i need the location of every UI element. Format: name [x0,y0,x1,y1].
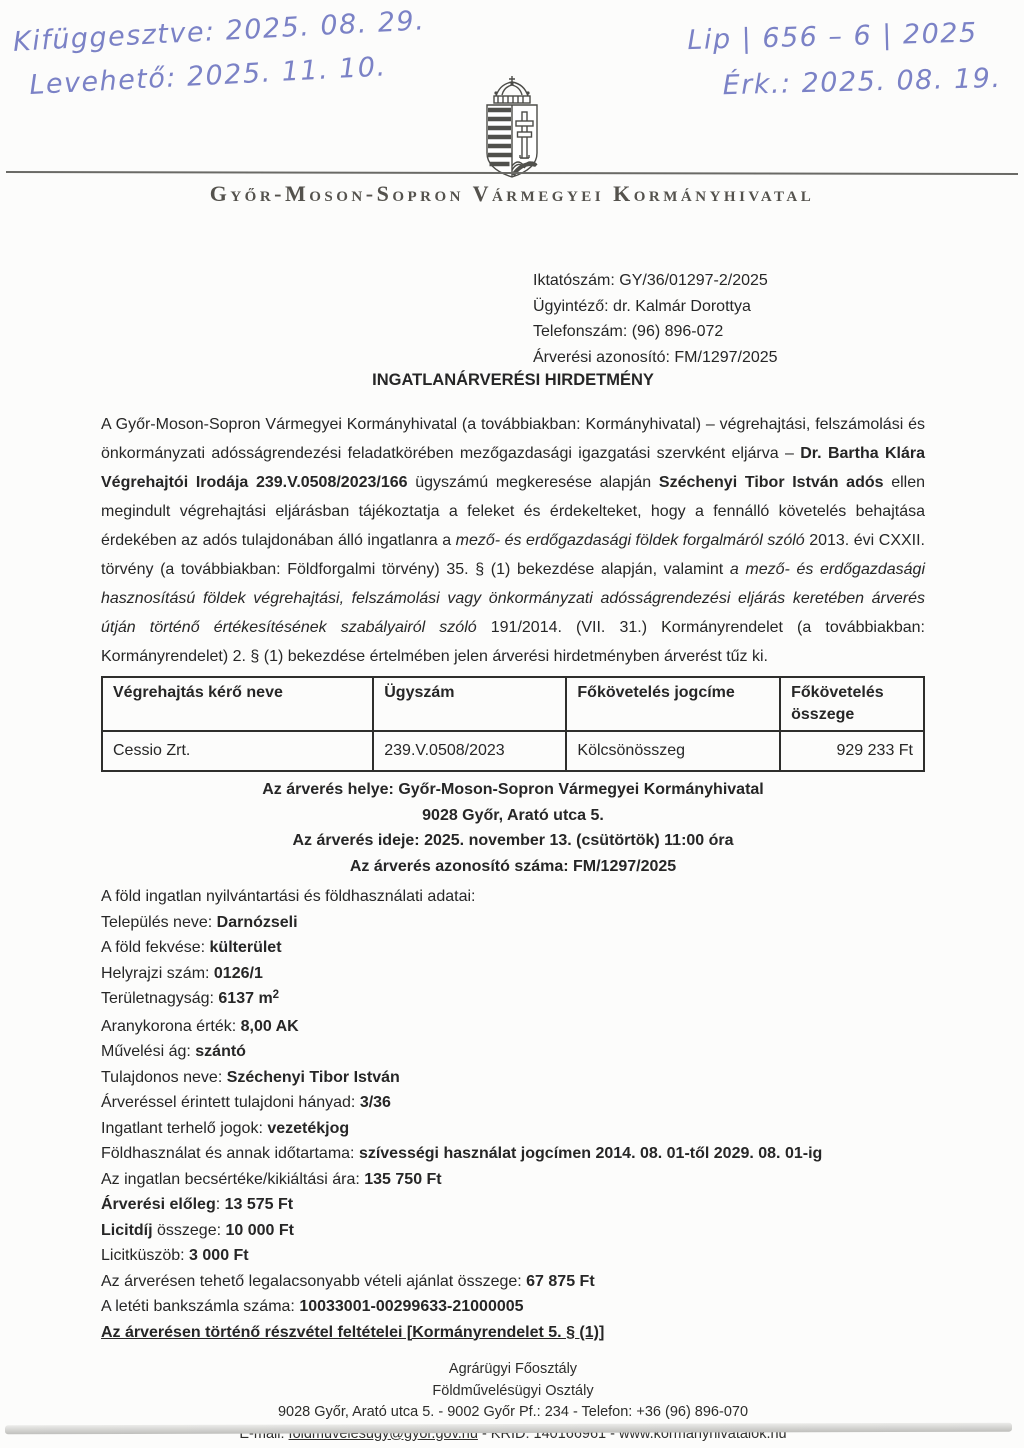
text-segment: Széchenyi Tibor István [227,1069,400,1086]
text-segment: 8,00 AK [241,1018,299,1035]
property-data-line: Licitküszöb: 3 000 Ft [101,1243,925,1269]
table-cell: Kölcsönösszeg [566,731,780,771]
legal-paragraph: A Győr-Moson-Sopron Vármegyei Kormányhiv… [101,410,925,671]
property-data-line: A föld fekvése: külterület [101,935,925,961]
text-segment: Az árverésen tehető legalacsonyabb vétel… [101,1273,526,1290]
table-header-cell: Főkövetelés összege [780,677,924,731]
text-segment: összege: [153,1222,226,1239]
text-segment: ügyszámú megkeresése alapján [408,474,659,491]
text-segment: Földhasználat és annak időtartama: [101,1145,359,1162]
text-segment: szívességi használat jogcímen 2014. 08. … [359,1145,822,1162]
property-data-line: Művelési ág: szántó [101,1039,925,1065]
property-data-line: Az árverésen történő részvétel feltétele… [101,1320,925,1346]
property-data-line: Település neve: Darnózseli [101,910,925,936]
property-data-line: Tulajdonos neve: Széchenyi Tibor István [101,1065,925,1091]
text-segment: A föld fekvése: [101,939,210,956]
property-data-line: Az ingatlan becsértéke/kikiáltási ára: 1… [101,1167,925,1193]
text-segment: szántó [195,1043,246,1060]
property-data-line: Földhasználat és annak időtartama: szíve… [101,1141,925,1167]
document-body: Iktatószám: GY/36/01297-2/2025Ügyintéző:… [101,268,925,1445]
text-segment: 135 750 Ft [364,1171,441,1188]
table-header-cell: Végrehajtás kérő neve [102,677,373,731]
auction-detail-line: Az árverés azonosító száma: FM/1297/2025 [101,854,925,880]
text-segment: : [216,1196,225,1213]
office-name: Győr-Moson-Sopron Vármegyei Kormányhivat… [0,181,1024,207]
property-data-line: Árveréssel érintett tulajdoni hányad: 3/… [101,1090,925,1116]
scanned-document-page: Kifüggesztve: 2025. 08. 29.Levehető: 202… [0,0,1024,1448]
text-segment: Területnagyság: [101,990,218,1007]
property-data-line: Az árverésen tehető legalacsonyabb vétel… [101,1269,925,1295]
property-data-line: A letéti bankszámla száma: 10033001-0029… [101,1294,925,1320]
text-segment: Licitdíj [101,1222,153,1239]
text-segment: vezetékjog [267,1120,349,1137]
text-segment: A letéti bankszámla száma: [101,1298,299,1315]
text-segment: Az ingatlan becsértéke/kikiáltási ára: [101,1171,364,1188]
footer-line: Földművelésügyi Osztály [101,1381,925,1403]
text-segment: Ingatlant terhelő jogok: [101,1120,267,1137]
text-segment: 67 875 Ft [526,1273,594,1290]
text-segment: Licitküszöb: [101,1247,189,1264]
table-cell: 239.V.0508/2023 [373,731,566,771]
text-segment: 2 [273,989,279,1001]
case-meta-block: Iktatószám: GY/36/01297-2/2025Ügyintéző:… [533,268,925,370]
text-segment: 0126/1 [214,965,263,982]
meta-line: Árverési azonosító: FM/1297/2025 [533,345,925,371]
text-segment: 10 000 Ft [226,1222,294,1239]
text-segment: 3/36 [360,1094,391,1111]
property-data-line: Ingatlant terhelő jogok: vezetékjog [101,1116,925,1142]
meta-line: Telefonszám: (96) 896-072 [533,319,925,345]
table-cell: Cessio Zrt. [102,731,373,771]
text-segment: Az árverésen történő részvétel feltétele… [101,1324,604,1341]
text-segment: külterület [210,939,282,956]
text-segment: 9028 Győr, Arató utca 5. - 9002 Győr Pf.… [278,1404,748,1420]
auction-details: Az árverés helye: Győr-Moson-Sopron Várm… [101,777,925,879]
text-segment: 6137 m [218,990,272,1007]
text-segment: 10033001-00299633-21000005 [299,1298,523,1315]
auction-detail-line: Az árverés helye: Győr-Moson-Sopron Várm… [101,777,925,803]
table-header-cell: Ügyszám [373,677,566,731]
claims-table: Végrehajtás kérő neveÜgyszámFőkövetelés … [101,676,925,772]
footer-line: 9028 Győr, Arató utca 5. - 9002 Győr Pf.… [101,1402,925,1424]
text-segment: mező- és erdőgazdasági földek forgalmáró… [456,532,805,549]
table-row: Cessio Zrt.239.V.0508/2023Kölcsönösszeg9… [102,731,924,771]
auction-detail-line: Az árverés ideje: 2025. november 13. (cs… [101,828,925,854]
table-cell: 929 233 Ft [780,731,924,771]
property-data-list: A föld ingatlan nyilvántartási és földha… [101,884,925,1345]
table-header-row: Végrehajtás kérő neveÜgyszámFőkövetelés … [102,677,924,731]
text-segment: Település neve: [101,914,217,931]
property-data-line: Területnagyság: 6137 m2 [101,986,925,1014]
text-segment: Agrárügyi Főosztály [449,1361,577,1377]
hungarian-coat-of-arms-icon [476,74,548,185]
auction-detail-line: 9028 Győr, Arató utca 5. [101,803,925,829]
text-segment: Tulajdonos neve: [101,1069,227,1086]
text-segment: Aranykorona érték: [101,1018,241,1035]
meta-line: Ügyintéző: dr. Kalmár Dorottya [533,294,925,320]
property-data-line: Árverési előleg: 13 575 Ft [101,1192,925,1218]
text-segment: Darnózseli [217,914,298,931]
table-header-cell: Főkövetelés jogcíme [566,677,780,731]
text-segment: 3 000 Ft [189,1247,249,1264]
property-data-line: Helyrajzi szám: 0126/1 [101,961,925,987]
footer-line: Agrárügyi Főosztály [101,1359,925,1381]
text-segment: Helyrajzi szám: [101,965,214,982]
text-segment: 13 575 Ft [225,1196,293,1213]
text-segment: A föld ingatlan nyilvántartási és földha… [101,888,475,905]
text-segment: Művelési ág: [101,1043,195,1060]
text-segment: Árveréssel érintett tulajdoni hányad: [101,1094,360,1111]
letterhead: Győr-Moson-Sopron Vármegyei Kormányhivat… [0,0,1024,232]
text-segment: Földművelésügyi Osztály [432,1383,593,1399]
property-data-line: Licitdíj összege: 10 000 Ft [101,1218,925,1244]
property-data-line: A föld ingatlan nyilvántartási és földha… [101,884,925,910]
property-data-line: Aranykorona érték: 8,00 AK [101,1014,925,1040]
text-segment: Árverési előleg [101,1196,216,1213]
meta-line: Iktatószám: GY/36/01297-2/2025 [533,268,925,294]
text-segment: Széchenyi Tibor István adós [659,474,884,491]
document-title: INGATLANÁRVERÉSI HIRDETMÉNY [101,371,925,390]
